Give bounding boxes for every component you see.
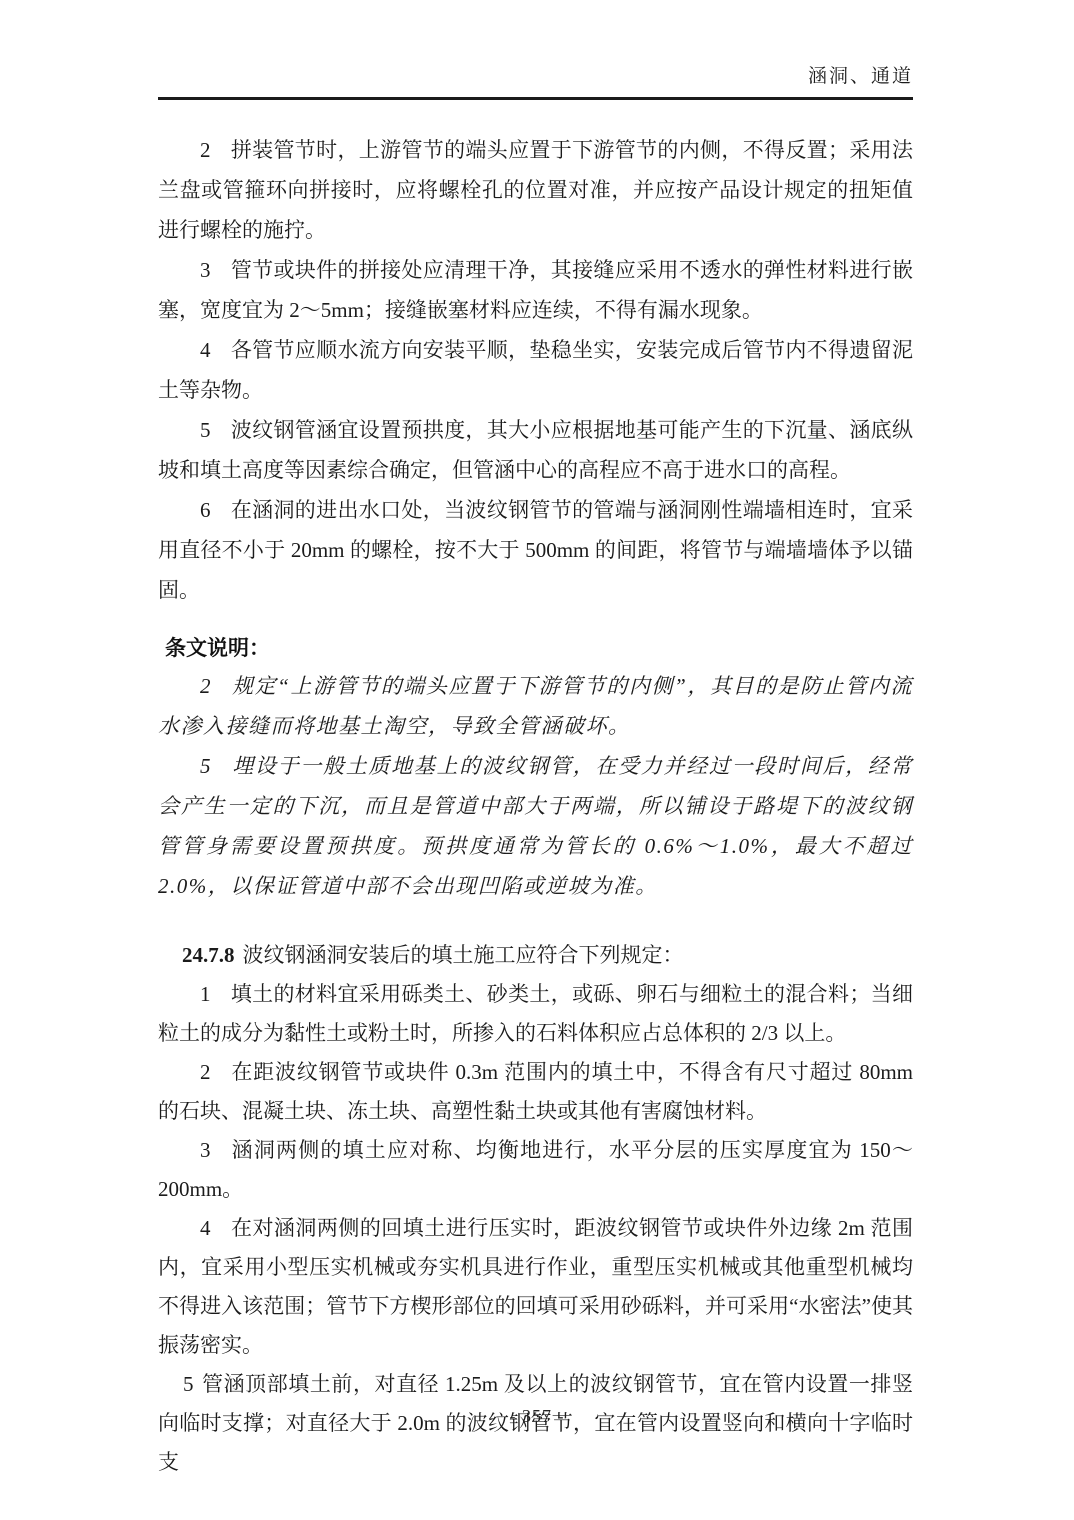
clause-item: 5波纹钢管涵宜设置预拱度，其大小应根据地基可能产生的下沉量、涵底纵坡和填土高度等…	[158, 410, 913, 490]
clause-number: 3	[200, 1138, 211, 1162]
clause-text: 管节或块件的拼接处应清理干净，其接缝应采用不透水的弹性材料进行嵌塞，宽度宜为 2…	[158, 258, 913, 322]
page-header: 涵洞、通道	[158, 64, 913, 100]
clause-text: 在涵洞的进出水口处，当波纹钢管节的管端与涵洞刚性端墙相连时，宜采用直径不小于 2…	[158, 498, 913, 602]
running-head: 涵洞、通道	[808, 66, 913, 87]
clause-item: 2在距波纹钢管节或块件 0.3m 范围内的填土中，不得含有尺寸超过 80mm 的…	[158, 1053, 913, 1131]
clause-number: 5	[183, 1372, 194, 1396]
section-title: 波纹钢涵洞安装后的填土施工应符合下列规定：	[243, 943, 684, 967]
clause-item: 4各管节应顺水流方向安装平顺，垫稳坐实，安装完成后管节内不得遗留泥土等杂物。	[158, 330, 913, 410]
document-page: 涵洞、通道 2拼装管节时，上游管节的端头应置于下游管节的内侧，不得反置；采用法兰…	[0, 0, 1074, 1520]
clause-number: 1	[200, 982, 211, 1006]
clause-number: 6	[200, 498, 211, 522]
section-heading: 24.7.8波纹钢涵洞安装后的填土施工应符合下列规定：	[158, 936, 913, 975]
clause-text: 在距波纹钢管节或块件 0.3m 范围内的填土中，不得含有尺寸超过 80mm 的石…	[158, 1060, 913, 1123]
page-footer: - 357 -	[0, 1406, 1074, 1427]
clause-item: 3涵洞两侧的填土应对称、均衡地进行，水平分层的压实厚度宜为 150～200mm。	[158, 1131, 913, 1209]
commentary-item: 2规定“上游管节的端头应置于下游管节的内侧”，其目的是防止管内流水渗入接缝而将地…	[158, 666, 913, 746]
clause-number: 4	[200, 338, 211, 362]
clause-item: 1填土的材料宜采用砾类土、砂类土，或砾、卵石与细粒土的混合料；当细粒土的成分为黏…	[158, 975, 913, 1053]
clause-number: 3	[200, 258, 211, 282]
section-block: 24.7.8波纹钢涵洞安装后的填土施工应符合下列规定： 1填土的材料宜采用砾类土…	[158, 936, 913, 1482]
clause-text: 在对涵洞两侧的回填土进行压实时，距波纹钢管节或块件外边缘 2m 范围内，宜采用小…	[158, 1216, 913, 1357]
clause-text: 拼装管节时，上游管节的端头应置于下游管节的内侧，不得反置；采用法兰盘或管箍环向拼…	[158, 138, 913, 242]
commentary-number: 5	[200, 754, 212, 778]
page-number: - 357 -	[510, 1406, 565, 1426]
commentary-text: 埋设于一般土质地基上的波纹钢管，在受力并经过一段时间后，经常会产生一定的下沉，而…	[158, 754, 913, 898]
section-number: 24.7.8	[182, 943, 235, 967]
clause-text: 涵洞两侧的填土应对称、均衡地进行，水平分层的压实厚度宜为 150～200mm。	[158, 1138, 913, 1201]
clause-text: 填土的材料宜采用砾类土、砂类土，或砾、卵石与细粒土的混合料；当细粒土的成分为黏性…	[158, 982, 913, 1045]
clause-item: 3管节或块件的拼接处应清理干净，其接缝应采用不透水的弹性材料进行嵌塞，宽度宜为 …	[158, 250, 913, 330]
regulations-block: 2拼装管节时，上游管节的端头应置于下游管节的内侧，不得反置；采用法兰盘或管箍环向…	[158, 130, 913, 610]
commentary-item: 5埋设于一般土质地基上的波纹钢管，在受力并经过一段时间后，经常会产生一定的下沉，…	[158, 746, 913, 906]
commentary-heading: 条文说明：	[165, 632, 913, 666]
clause-item: 6在涵洞的进出水口处，当波纹钢管节的管端与涵洞刚性端墙相连时，宜采用直径不小于 …	[158, 490, 913, 610]
clause-item: 4在对涵洞两侧的回填土进行压实时，距波纹钢管节或块件外边缘 2m 范围内，宜采用…	[158, 1209, 913, 1365]
commentary-number: 2	[200, 674, 212, 698]
commentary-section: 条文说明： 2规定“上游管节的端头应置于下游管节的内侧”，其目的是防止管内流水渗…	[158, 632, 913, 906]
commentary-text: 规定“上游管节的端头应置于下游管节的内侧”，其目的是防止管内流水渗入接缝而将地基…	[158, 674, 913, 738]
clause-number: 5	[200, 418, 211, 442]
clause-number: 2	[200, 138, 211, 162]
clause-item: 2拼装管节时，上游管节的端头应置于下游管节的内侧，不得反置；采用法兰盘或管箍环向…	[158, 130, 913, 250]
clause-text: 波纹钢管涵宜设置预拱度，其大小应根据地基可能产生的下沉量、涵底纵坡和填土高度等因…	[158, 418, 913, 482]
clause-number: 4	[200, 1216, 211, 1240]
clause-number: 2	[200, 1060, 211, 1084]
clause-text: 各管节应顺水流方向安装平顺，垫稳坐实，安装完成后管节内不得遗留泥土等杂物。	[158, 338, 913, 402]
